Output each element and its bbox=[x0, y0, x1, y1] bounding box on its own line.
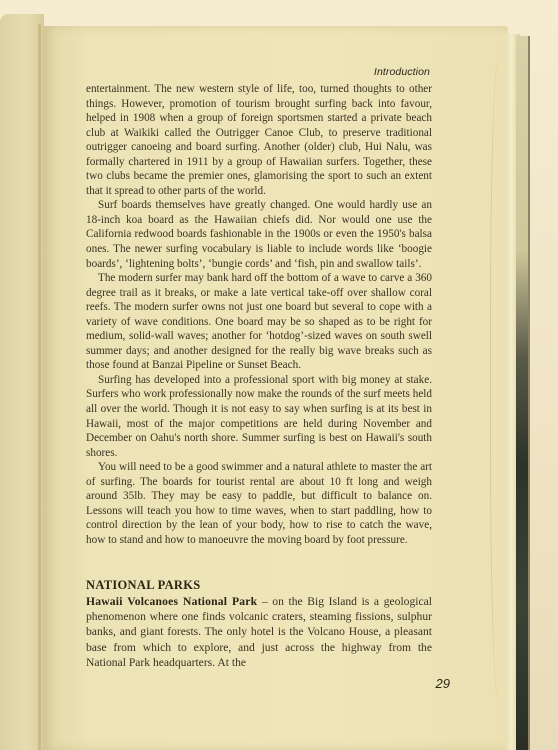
section-heading: NATIONAL PARKS bbox=[86, 578, 432, 593]
body-text: entertainment. The new western style of … bbox=[86, 82, 432, 548]
paragraph: Surf boards themselves have greatly chan… bbox=[86, 198, 432, 271]
running-head: Introduction bbox=[366, 66, 430, 78]
page-number: 29 bbox=[420, 676, 450, 691]
section-lead: Hawaii Volcanoes National Park bbox=[86, 595, 257, 608]
paragraph: The modern surfer may bank hard off the … bbox=[86, 271, 432, 373]
section-body: Hawaii Volcanoes National Park – on the … bbox=[86, 594, 432, 670]
paragraph: Surfing has developed into a professiona… bbox=[86, 373, 432, 460]
left-page-edge bbox=[38, 24, 41, 750]
book-cover-edge bbox=[516, 36, 530, 750]
paragraph: You will need to be a good swimmer and a… bbox=[86, 460, 432, 547]
paragraph: entertainment. The new western style of … bbox=[86, 82, 432, 198]
